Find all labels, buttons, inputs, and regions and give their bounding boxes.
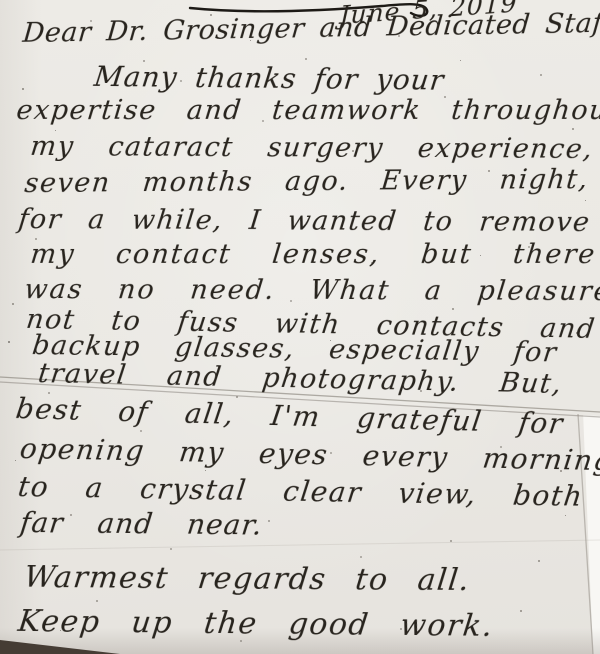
letter-body-line: for a while, I wanted to remove (17, 206, 592, 237)
letter-closing-line: Keep up the good work. (16, 606, 495, 642)
letter-closing-line: Warmest regards to all. (22, 562, 472, 597)
paper-speckles-fine (0, 0, 1, 1)
letter-body-line: Many thanks for your (93, 62, 446, 95)
letter-body-line: seven months ago. Every night, (23, 166, 590, 198)
letter-body-line: was no need. What a pleasure (23, 276, 600, 306)
letter-body-line: expertise and teamwork throughout (15, 97, 600, 125)
letter-body-line: my contact lenses, but there (29, 241, 598, 269)
letter-body-line: far and near. (19, 508, 265, 540)
letter-body-line: my cataract surgery experience, (29, 133, 595, 164)
handwritten-letter-photo: June 5, 2019 Dear Dr. Grosinger and Dedi… (0, 0, 600, 654)
